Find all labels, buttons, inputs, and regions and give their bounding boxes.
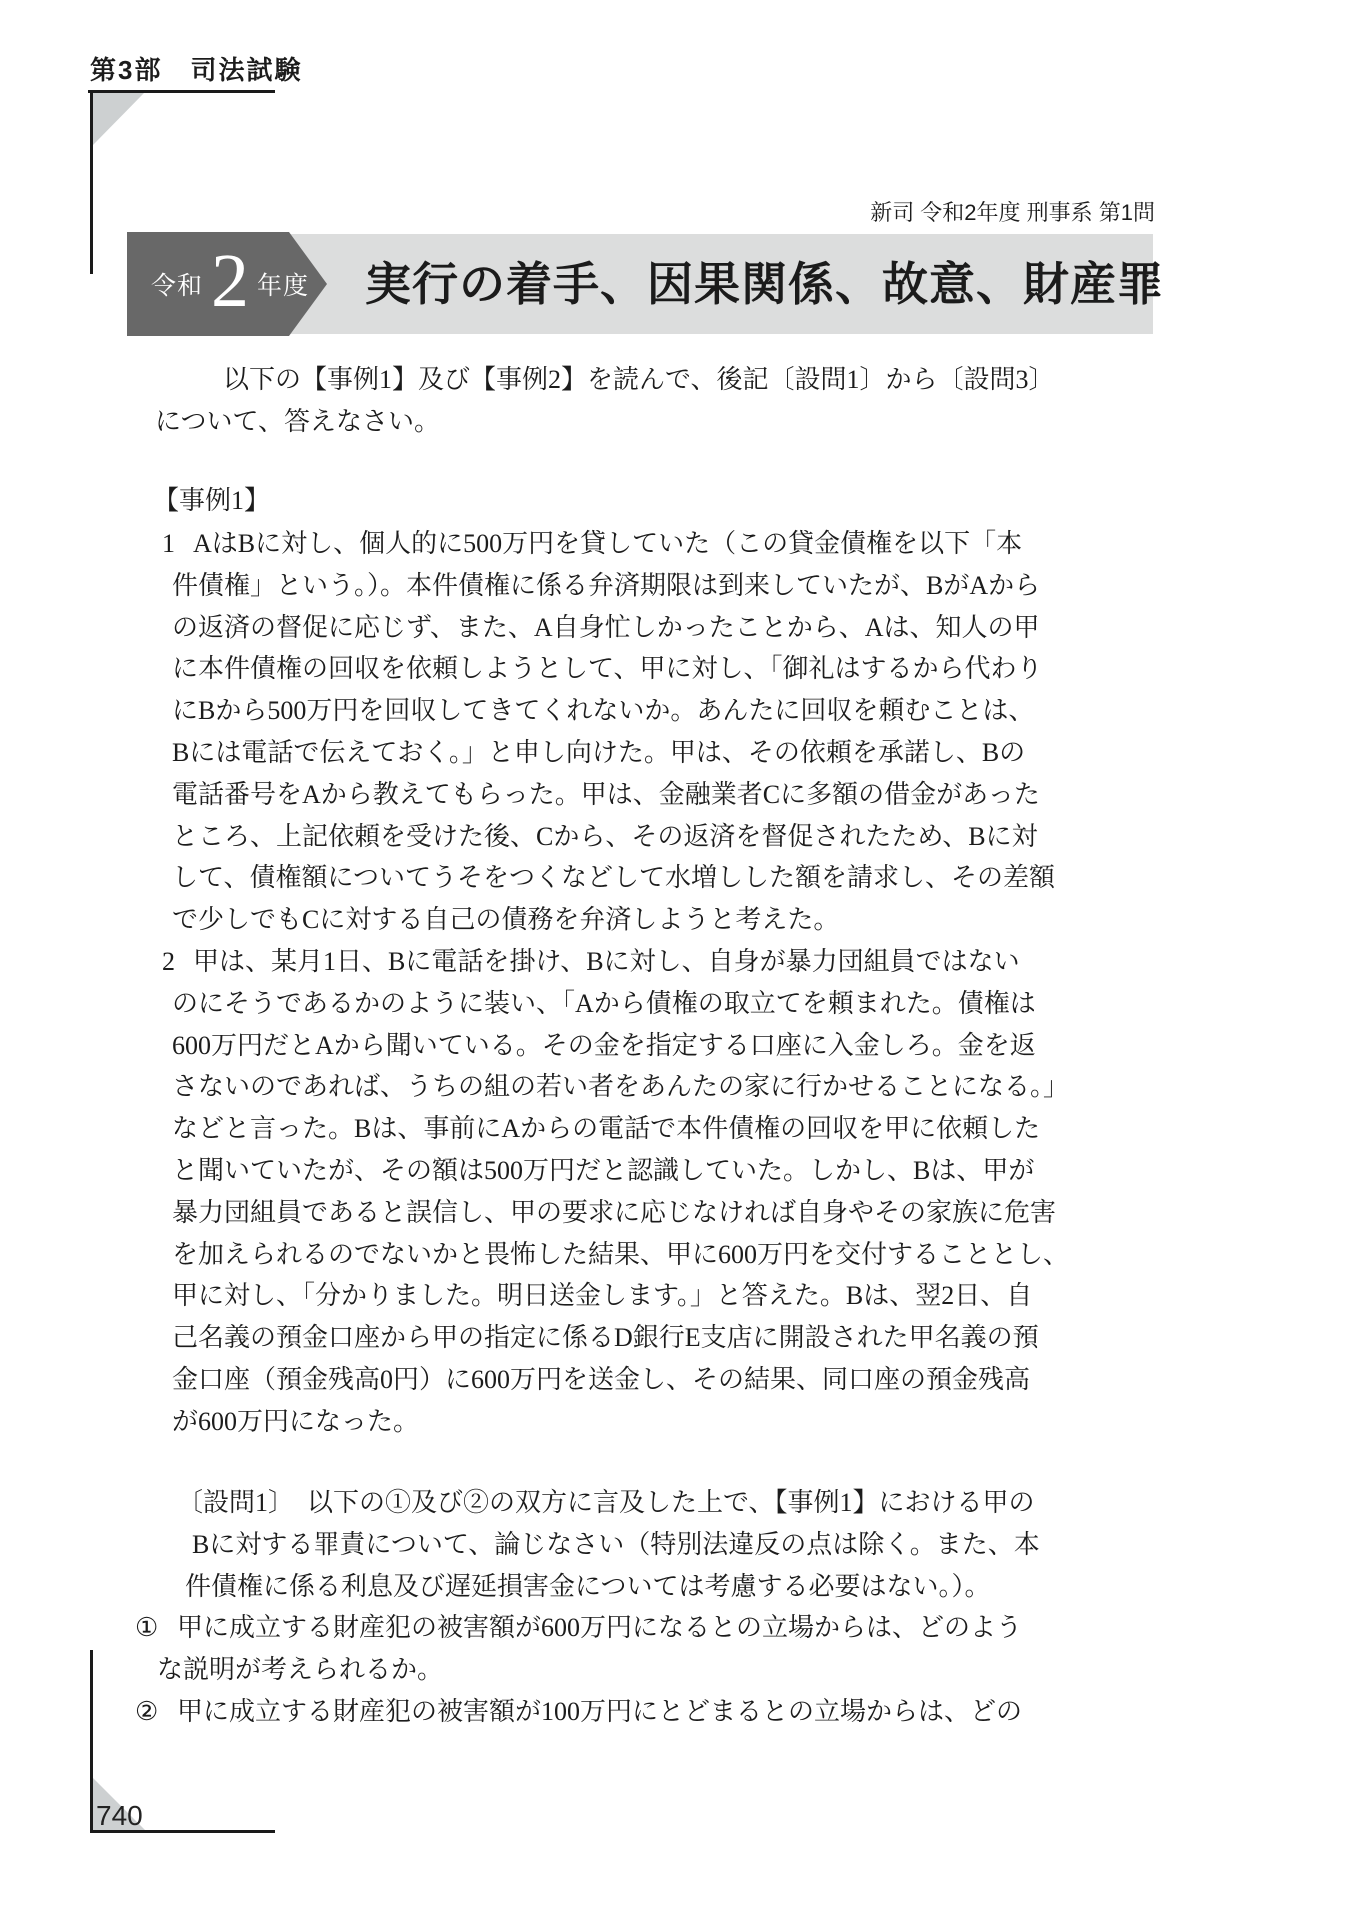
exam-reference-label: 新司 令和2年度 刑事系 第1問 [870,196,1155,227]
year-number: 2 [211,243,249,319]
body-line: にBから500万円を回収してきてくれないか。あんたに回収を頼むことは、 [0,690,1350,732]
intro-line: 以下の【事例1】及び【事例2】を読んで、後記〔設問1〕から〔設問3〕 [0,359,1350,401]
body-line: して、債権額についてうそをつくなどして水増しした額を請求し、その差額 [0,857,1350,899]
item-number: 1 [162,523,193,565]
body-line: 1AはBに対し、個人的に500万円を貸していた（この貸金債権を以下「本 [0,523,1350,565]
era-label: 令和 [151,266,203,302]
point-marker: ① [135,1607,177,1649]
year-badge: 令和 2 年度 [127,232,327,336]
body-line: の返済の督促に応じず、また、A自身忙しかったことから、Aは、知人の甲 [0,607,1350,649]
question1-block: 〔設問1〕 以下の①及び②の双方に言及した上で、【事例1】における甲の Bに対す… [0,1482,1350,1733]
body-line: で少しでもCに対する自己の債務を弁済しようと考えた。 [0,899,1350,941]
body-line: などと言った。Bは、事前にAからの電話で本件債権の回収を甲に依頼した [0,1108,1350,1150]
point-marker: ② [135,1691,177,1733]
question-point: ②甲に成立する財産犯の被害額が100万円にとどまるとの立場からは、どの [0,1691,1350,1733]
body-line: ところ、上記依頼を受けた後、Cから、その返済を督促されたため、Bに対 [0,816,1350,858]
body-line: さないのであれば、うちの組の若い者をあんたの家に行かせることになる。」 [0,1066,1350,1108]
body-line: が600万円になった。 [0,1401,1350,1443]
question-point-continuation: な説明が考えられるか。 [0,1649,1350,1691]
question-point: ①甲に成立する財産犯の被害額が600万円になるとの立場からは、どのよう [0,1607,1350,1649]
body-line: 電話番号をAから教えてもらった。甲は、金融業者Cに多額の借金があった [0,774,1350,816]
page-title: 実行の着手、因果関係、故意、財産罪 [365,234,1164,334]
body-line: 金口座（預金残高0円）に600万円を送金し、その結果、同口座の預金残高 [0,1359,1350,1401]
item-number: 2 [162,941,193,983]
header-underline-rule [88,90,275,93]
part-header: 第3部 司法試験 [90,50,302,87]
intro-line: について、答えなさい。 [0,401,1350,443]
case1-heading: 【事例1】 [0,480,1350,522]
question-line: 〔設問1〕 以下の①及び②の双方に言及した上で、【事例1】における甲の [0,1482,1350,1524]
left-margin-rule-top [90,90,93,274]
left-margin-rule-bottom [90,1650,93,1833]
body-line: 暴力団組員であると誤信し、甲の要求に応じなければ自身やその家族に危害 [0,1192,1350,1234]
body-line: 己名義の預金口座から甲の指定に係るD銀行E支店に開設された甲名義の預 [0,1317,1350,1359]
fold-triangle-top [93,93,144,145]
body-line: 件債権」という。）。本件債権に係る弁済期限は到来していたが、BがAから [0,565,1350,607]
page-number: 740 [96,1800,143,1832]
question-line: Bに対する罪責について、論じなさい（特別法違反の点は除く。また、本 [0,1524,1350,1566]
body-line-text: AはBに対し、個人的に500万円を貸していた（この貸金債権を以下「本 [193,529,1022,558]
body-line: に本件債権の回収を依頼しようとして、甲に対し、「御礼はするから代わり [0,648,1350,690]
case1-item1: 1AはBに対し、個人的に500万円を貸していた（この貸金債権を以下「本 件債権」… [0,523,1350,941]
body-line: を加えられるのでないかと畏怖した結果、甲に600万円を交付することとし、 [0,1234,1350,1276]
case1-heading-block: 【事例1】 [0,480,1350,522]
body-line: のにそうであるかのように装い、「Aから債権の取立てを頼まれた。債権は [0,983,1350,1025]
question-line: 件債権に係る利息及び遅延損害金については考慮する必要はない。）。 [0,1566,1350,1608]
intro-paragraph: 以下の【事例1】及び【事例2】を読んで、後記〔設問1〕から〔設問3〕 について、… [0,359,1350,443]
textbook-page: 第3部 司法試験 新司 令和2年度 刑事系 第1問 令和 2 年度 実行の着手、… [0,0,1350,1920]
body-line: 甲に対し、「分かりました。明日送金します。」と答えた。Bは、翌2日、自 [0,1275,1350,1317]
year-suffix-label: 年度 [257,266,309,302]
point-text: 甲に成立する財産犯の被害額が600万円になるとの立場からは、どのよう [177,1613,1022,1642]
body-line: 2甲は、某月1日、Bに電話を掛け、Bに対し、自身が暴力団組員ではない [0,941,1350,983]
body-line-text: 甲は、某月1日、Bに電話を掛け、Bに対し、自身が暴力団組員ではない [193,947,1020,976]
point-text: 甲に成立する財産犯の被害額が100万円にとどまるとの立場からは、どの [177,1697,1022,1726]
body-line: 600万円だとAから聞いている。その金を指定する口座に入金しろ。金を返 [0,1025,1350,1067]
case1-item2: 2甲は、某月1日、Bに電話を掛け、Bに対し、自身が暴力団組員ではない のにそうで… [0,941,1350,1443]
body-line: Bには電話で伝えておく。」と申し向けた。甲は、その依頼を承諾し、Bの [0,732,1350,774]
body-line: と聞いていたが、その額は500万円だと認識していた。しかし、Bは、甲が [0,1150,1350,1192]
